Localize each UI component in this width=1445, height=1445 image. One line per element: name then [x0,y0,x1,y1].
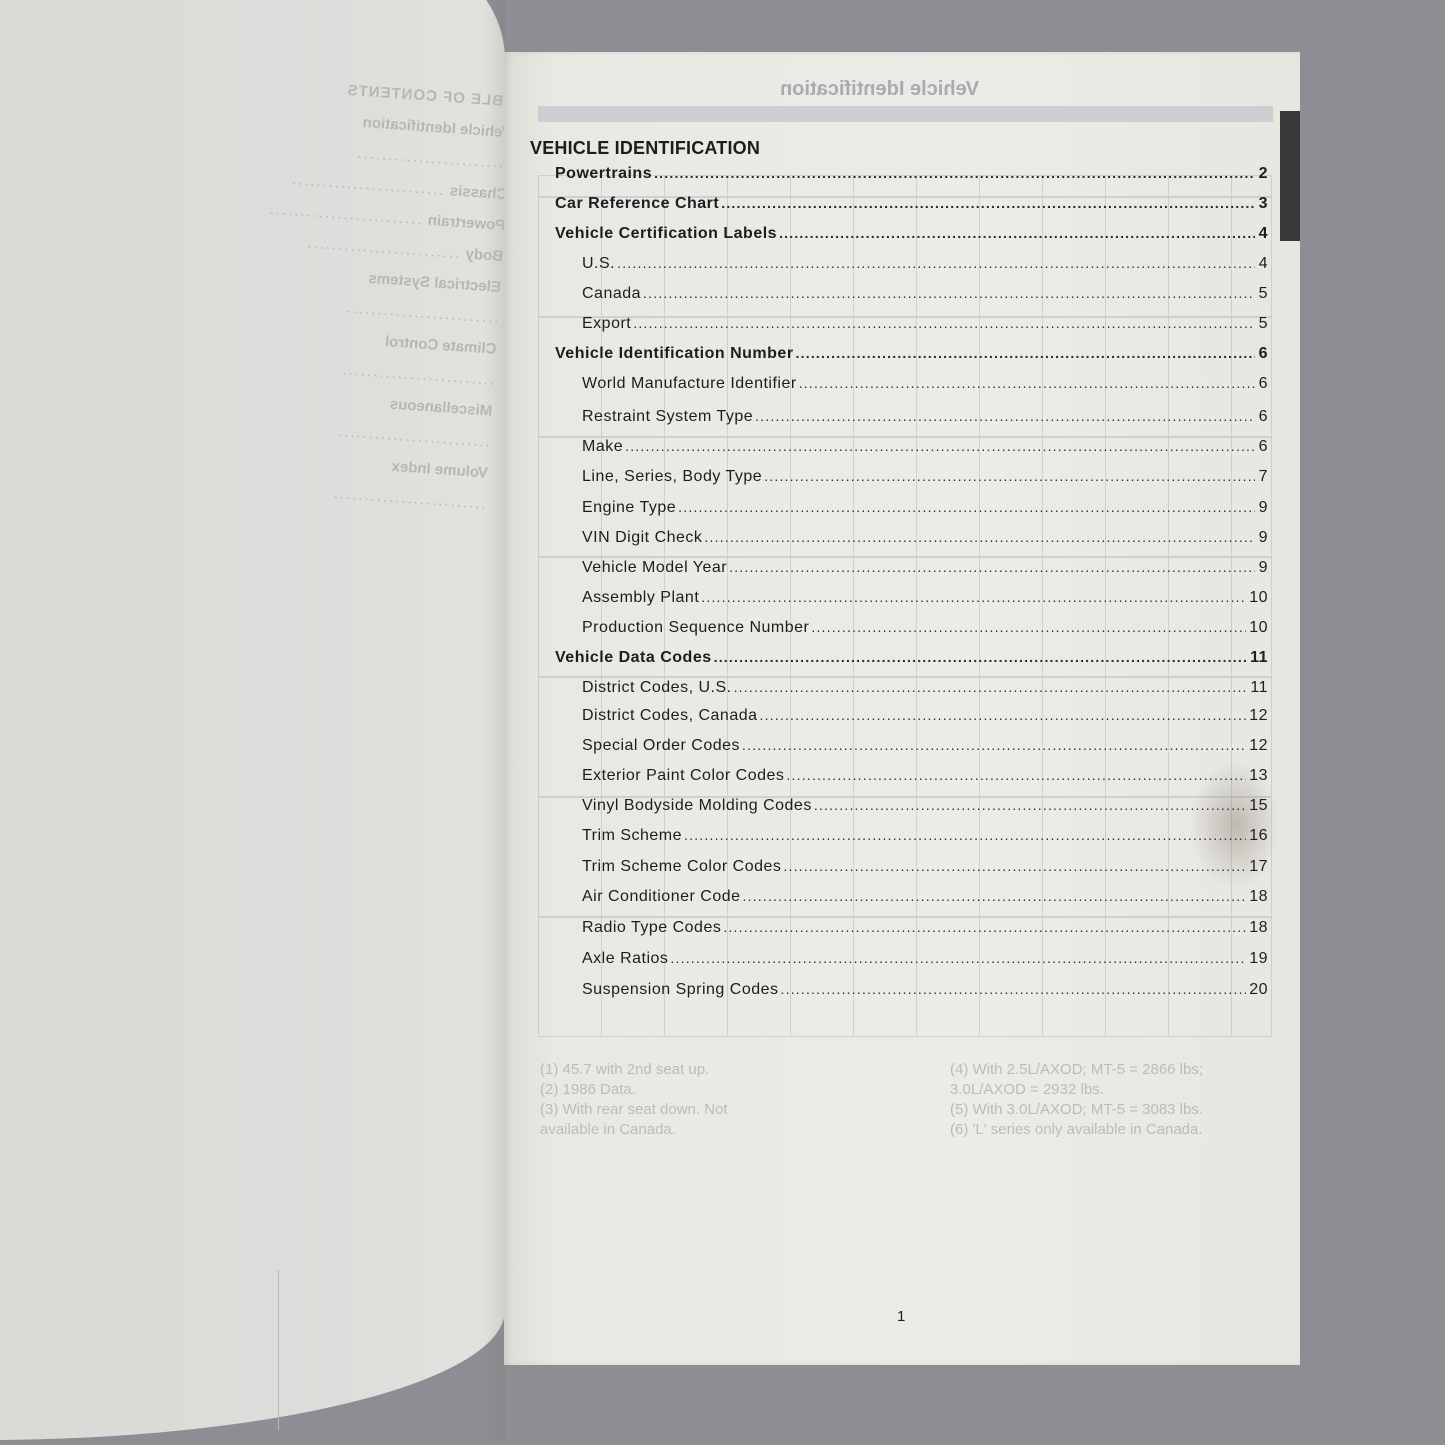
dot-leader [633,315,1255,331]
toc-entry-label: Exterior Paint Color Codes [582,767,786,785]
toc-entry: Exterior Paint Color Codes13 [530,767,1268,797]
toc-entry: Production Sequence Number10 [530,619,1268,649]
toc-entry: Vehicle Identification Number6 [530,345,1268,375]
bleed-through-header: Vehicle Identification [780,78,979,101]
dot-leader [678,499,1255,515]
dot-leader [781,981,1247,997]
toc-entry-label: Vehicle Data Codes [555,649,714,667]
toc-entry-label: District Codes, Canada [582,707,760,725]
dot-leader [654,165,1255,181]
toc-entry-label: Line, Series, Body Type [582,468,764,486]
toc-entry-label: Trim Scheme [582,827,684,845]
toc-entry-page: 12 [1246,737,1268,755]
toc-entry: Powertrains2 [530,165,1268,195]
toc-entry-page: 6 [1255,408,1268,426]
dot-leader [684,827,1246,843]
footnote: 3.0L/AXOD = 2932 lbs. [950,1080,1280,1100]
dot-leader [811,619,1246,635]
toc-entry-page: 10 [1246,589,1268,607]
toc-entry-label: Air Conditioner Code [582,888,743,906]
toc-entry: Trim Scheme Color Codes17 [530,858,1268,888]
bleed-through-band [538,106,1273,122]
toc-entry-label: Trim Scheme Color Codes [582,858,783,876]
dot-leader [625,438,1255,454]
dot-leader [799,375,1255,391]
toc-entry: Engine Type9 [530,499,1268,529]
toc-entry-label: District Codes, U.S. [582,679,734,697]
dot-leader [786,767,1246,783]
toc-entry: VIN Digit Check9 [530,529,1268,559]
table-of-contents: VEHICLE IDENTIFICATION Powertrains2Car R… [530,138,1268,1012]
toc-entry-page: 10 [1246,619,1268,637]
dot-leader [742,737,1246,753]
footnote: (2) 1986 Data. [540,1080,870,1100]
dot-leader [814,797,1246,813]
toc-entry-label: Assembly Plant [582,589,701,607]
toc-entry: Trim Scheme16 [530,827,1268,858]
toc-title: VEHICLE IDENTIFICATION [530,138,1268,160]
dot-leader [670,950,1246,966]
footnote: (4) With 2.5L/AXOD; MT-5 = 2866 lbs; [950,1060,1280,1080]
toc-entry-page: 2 [1255,165,1268,183]
toc-entry-page: 9 [1255,529,1268,547]
toc-entry: Axle Ratios19 [530,950,1268,981]
toc-entry-label: Axle Ratios [582,950,670,968]
toc-entry: District Codes, U.S.11 [530,679,1268,707]
toc-entry-page: 6 [1255,345,1268,363]
toc-entry-label: Engine Type [582,499,678,517]
dot-leader [743,888,1247,904]
dot-leader [721,195,1255,211]
toc-entry-page: 9 [1255,559,1268,577]
toc-entry-label: U.S. [582,255,617,273]
toc-entry-page: 5 [1255,315,1268,333]
dot-leader [779,225,1255,241]
footnote: (5) With 3.0L/AXOD; MT-5 = 3083 lbs. [950,1100,1280,1120]
toc-entry: Vehicle Data Codes11 [530,649,1268,679]
dot-leader [796,345,1255,361]
page-crease [278,1270,279,1430]
dot-leader [734,679,1248,695]
toc-entry-page: 6 [1255,375,1268,393]
toc-entry: World Manufacture Identifier6 [530,375,1268,408]
dot-leader [729,559,1255,575]
dot-leader [701,589,1246,605]
dot-leader [755,408,1255,424]
toc-entry-page: 11 [1247,679,1268,697]
toc-entry-page: 13 [1246,767,1268,785]
footnote: (3) With rear seat down. Not [540,1100,870,1120]
page-number: 1 [897,1308,905,1325]
dot-leader [704,529,1255,545]
toc-entry: Vinyl Bodyside Molding Codes15 [530,797,1268,827]
toc-entry: Radio Type Codes18 [530,919,1268,950]
toc-entry-label: Car Reference Chart [555,195,721,213]
toc-entry: Vehicle Certification Labels4 [530,225,1268,255]
toc-entry-label: Special Order Codes [582,737,742,755]
section-tab-marker [1280,111,1300,241]
toc-entry: District Codes, Canada12 [530,707,1268,737]
footnote: (6) 'L' series only available in Canada. [950,1120,1280,1140]
footnotes-right: (4) With 2.5L/AXOD; MT-5 = 2866 lbs; 3.0… [950,1060,1280,1140]
toc-entry: Make6 [530,438,1268,468]
toc-entry-page: 9 [1255,499,1268,517]
toc-entry-page: 7 [1255,468,1268,486]
toc-entry: Air Conditioner Code18 [530,888,1268,919]
toc-entry-label: Production Sequence Number [582,619,811,637]
toc-entry-page: 16 [1246,827,1268,845]
toc-entry-page: 12 [1246,707,1268,725]
toc-entry-page: 20 [1246,981,1268,999]
toc-entry-label: Vehicle Model Year [582,559,729,577]
toc-entry: Canada5 [530,285,1268,315]
dot-leader [643,285,1255,301]
toc-entry: Restraint System Type6 [530,408,1268,438]
dot-leader [714,649,1247,665]
toc-entry-page: 6 [1255,438,1268,456]
toc-entry-label: Make [582,438,625,456]
dot-leader [764,468,1255,484]
toc-entry-page: 18 [1246,919,1268,937]
toc-entry-label: Vinyl Bodyside Molding Codes [582,797,814,815]
toc-entry-page: 19 [1246,950,1268,968]
toc-entry-page: 18 [1246,888,1268,906]
footnote: (1) 45.7 with 2nd seat up. [540,1060,870,1080]
toc-entry-page: 17 [1246,858,1268,876]
toc-entry-label: Vehicle Identification Number [555,345,796,363]
toc-entry-label: Powertrains [555,165,654,183]
dot-leader [617,255,1255,271]
toc-entry: Vehicle Model Year9 [530,559,1268,589]
footnotes-left: (1) 45.7 with 2nd seat up. (2) 1986 Data… [540,1060,870,1140]
toc-entry-page: 3 [1255,195,1268,213]
toc-entry: Export5 [530,315,1268,345]
toc-entry: U.S.4 [530,255,1268,285]
dot-leader [783,858,1246,874]
toc-entry: Line, Series, Body Type7 [530,468,1268,499]
toc-entry-label: Suspension Spring Codes [582,981,781,999]
toc-entry: Car Reference Chart3 [530,195,1268,225]
toc-entry-label: Export [582,315,633,333]
dot-leader [760,707,1247,723]
toc-entry-page: 15 [1246,797,1268,815]
bleed-through-toc: TABLE OF CONTENTS Vehicle Identification… [245,70,525,520]
toc-entry-label: World Manufacture Identifier [582,375,799,393]
toc-entry-page: 4 [1255,255,1268,273]
toc-entry-label: Vehicle Certification Labels [555,225,779,243]
toc-entry-label: Canada [582,285,643,303]
toc-entry: Assembly Plant10 [530,589,1268,619]
toc-entry: Special Order Codes12 [530,737,1268,767]
footnote: available in Canada. [540,1120,870,1140]
toc-entry-label: Restraint System Type [582,408,755,426]
toc-entry: Suspension Spring Codes20 [530,981,1268,1012]
toc-entry-page: 5 [1255,285,1268,303]
dot-leader [723,919,1246,935]
toc-entry-label: VIN Digit Check [582,529,704,547]
toc-entries: Powertrains2Car Reference Chart3Vehicle … [530,165,1268,1012]
toc-entry-page: 11 [1247,649,1268,667]
bleed-through-footnotes: (1) 45.7 with 2nd seat up. (2) 1986 Data… [540,1060,1280,1140]
toc-entry-label: Radio Type Codes [582,919,723,937]
toc-entry-page: 4 [1255,225,1268,243]
